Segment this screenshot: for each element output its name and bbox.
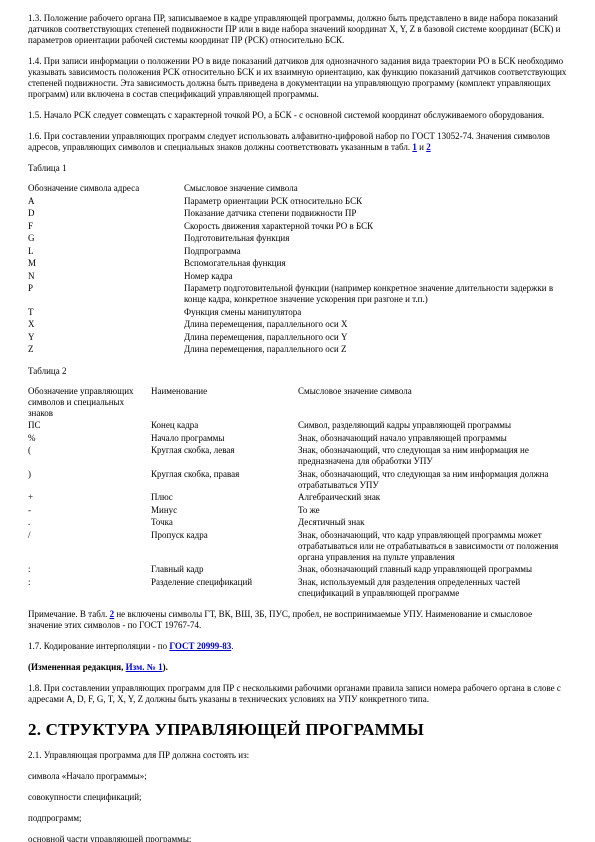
- symbol-meaning: Длина перемещения, параллельного оси Z: [184, 343, 568, 356]
- symbol-meaning: Знак, обозначающий, что следующая за ним…: [298, 444, 568, 468]
- table-row: -МинусТо же: [28, 504, 568, 517]
- symbol-meaning: Номер кадра: [184, 270, 568, 283]
- address-symbol: N: [28, 270, 184, 283]
- table-row: :Главный кадрЗнак, обозначающий главный …: [28, 563, 568, 576]
- paragraph-1-4: 1.4. При записи информации о положении Р…: [28, 56, 568, 100]
- control-symbol: (: [28, 444, 151, 468]
- paragraph-1-3: 1.3. Положение рабочего органа ПР, запис…: [28, 13, 568, 46]
- table-row: /Пропуск кадраЗнак, обозначающий, что ка…: [28, 529, 568, 564]
- list-item-program-start: символа «Начало программы»;: [28, 771, 568, 782]
- table-row: )Круглая скобка, праваяЗнак, обозначающи…: [28, 468, 568, 492]
- symbol-meaning: Параметр ориентации РСК относительно БСК: [184, 195, 568, 208]
- symbol-name: Начало программы: [151, 432, 298, 445]
- symbol-name: Главный кадр: [151, 563, 298, 576]
- paragraph-1-6-conjunction: и: [417, 142, 426, 152]
- symbol-meaning: Функция смены манипулятора: [184, 306, 568, 319]
- table-2-header-cell: Обозначение управляющих символов и специ…: [28, 385, 151, 420]
- address-symbol: D: [28, 207, 184, 220]
- symbol-meaning: Символ, разделяющий кадры управляющей пр…: [298, 419, 568, 432]
- table1-caption: Таблица 1: [28, 163, 568, 174]
- symbol-name: Пропуск кадра: [151, 529, 298, 564]
- table-row: %Начало программыЗнак, обозначающий нача…: [28, 432, 568, 445]
- table-row: YДлина перемещения, параллельного оси Y: [28, 331, 568, 344]
- table-1-header-row: Обозначение символа адреса Смысловое зна…: [28, 182, 568, 195]
- paragraph-1-6: 1.6. При составлении управляющих програм…: [28, 131, 568, 153]
- address-symbol: Y: [28, 331, 184, 344]
- paragraph-1-8: 1.8. При составлении управляющих програм…: [28, 683, 568, 705]
- control-symbol: :: [28, 563, 151, 576]
- table-2: Обозначение управляющих символов и специ…: [28, 385, 568, 600]
- address-symbol: A: [28, 195, 184, 208]
- symbol-meaning: Параметр подготовительной функции (напри…: [184, 282, 568, 306]
- symbol-meaning: Длина перемещения, параллельного оси Y: [184, 331, 568, 344]
- table-row: DПоказание датчика степени подвижности П…: [28, 207, 568, 220]
- control-symbol: +: [28, 491, 151, 504]
- list-item-specifications: совокупности спецификаций;: [28, 792, 568, 803]
- amendment-text-after: ).: [163, 662, 168, 672]
- paragraph-2-1: 2.1. Управляющая программа для ПР должна…: [28, 750, 568, 761]
- table-row: LПодпрограмма: [28, 245, 568, 258]
- note-text-before: Примечание. В табл.: [28, 609, 110, 619]
- paragraph-1-7-period: .: [231, 641, 233, 651]
- symbol-meaning: Показание датчика степени подвижности ПР: [184, 207, 568, 220]
- symbol-meaning: Знак, обозначающий начало управляющей пр…: [298, 432, 568, 445]
- address-symbol: P: [28, 282, 184, 306]
- address-symbol: F: [28, 220, 184, 233]
- address-symbol: X: [28, 318, 184, 331]
- paragraph-1-6-text: 1.6. При составлении управляющих програм…: [28, 131, 550, 152]
- symbol-meaning: Знак, обозначающий, что следующая за ним…: [298, 468, 568, 492]
- symbol-name: Конец кадра: [151, 419, 298, 432]
- paragraph-1-5: 1.5. Начало РСК следует совмещать с хара…: [28, 110, 568, 121]
- table-row: FСкорость движения характерной точки РО …: [28, 220, 568, 233]
- address-symbol: M: [28, 257, 184, 270]
- symbol-meaning: Подготовительная функция: [184, 232, 568, 245]
- table-row: :Разделение спецификацийЗнак, используем…: [28, 576, 568, 600]
- symbol-meaning: То же: [298, 504, 568, 517]
- link-gost-20999-83[interactable]: ГОСТ 20999-83: [169, 641, 231, 651]
- control-symbol: -: [28, 504, 151, 517]
- table-row: GПодготовительная функция: [28, 232, 568, 245]
- symbol-meaning: Знак, обозначающий главный кадр управляю…: [298, 563, 568, 576]
- table-2-header-cell: Смысловое значение символа: [298, 385, 568, 420]
- table-2-header-cell: Наименование: [151, 385, 298, 420]
- symbol-meaning: Скорость движения характерной точки РО в…: [184, 220, 568, 233]
- table-2-header-row: Обозначение управляющих символов и специ…: [28, 385, 568, 420]
- paragraph-1-7: 1.7. Кодирование интерполяции - по ГОСТ …: [28, 641, 568, 652]
- table-row: PПараметр подготовительной функции (напр…: [28, 282, 568, 306]
- amendment-text-before: (Измененная редакция,: [28, 662, 126, 672]
- control-symbol: .: [28, 516, 151, 529]
- address-symbol: G: [28, 232, 184, 245]
- symbol-meaning: Десятичный знак: [298, 516, 568, 529]
- link-table-2[interactable]: 2: [426, 142, 431, 152]
- section-2-heading: 2. СТРУКТУРА УПРАВЛЯЮЩЕЙ ПРОГРАММЫ: [28, 720, 568, 740]
- symbol-name: Разделение спецификаций: [151, 576, 298, 600]
- symbol-meaning: Алгебраический знак: [298, 491, 568, 504]
- symbol-meaning: Подпрограмма: [184, 245, 568, 258]
- table-row: (Круглая скобка, леваяЗнак, обозначающий…: [28, 444, 568, 468]
- amendment-note: (Измененная редакция, Изм. № 1).: [28, 662, 568, 673]
- symbol-name: Минус: [151, 504, 298, 517]
- symbol-name: Круглая скобка, правая: [151, 468, 298, 492]
- table-row: .ТочкаДесятичный знак: [28, 516, 568, 529]
- table2-caption: Таблица 2: [28, 366, 568, 377]
- table-row: ZДлина перемещения, параллельного оси Z: [28, 343, 568, 356]
- symbol-name: Круглая скобка, левая: [151, 444, 298, 468]
- control-symbol: ): [28, 468, 151, 492]
- table-row: +ПлюсАлгебраический знак: [28, 491, 568, 504]
- control-symbol: %: [28, 432, 151, 445]
- table-1: Обозначение символа адреса Смысловое зна…: [28, 182, 568, 356]
- address-symbol: Z: [28, 343, 184, 356]
- control-symbol: :: [28, 576, 151, 600]
- table-row: AПараметр ориентации РСК относительно БС…: [28, 195, 568, 208]
- symbol-name: Точка: [151, 516, 298, 529]
- table-row: NНомер кадра: [28, 270, 568, 283]
- address-symbol: T: [28, 306, 184, 319]
- table-1-header-cell: Смысловое значение символа: [184, 182, 568, 195]
- note-paragraph: Примечание. В табл. 2 не включены символ…: [28, 609, 568, 631]
- symbol-meaning: Вспомогательная функция: [184, 257, 568, 270]
- symbol-name: Плюс: [151, 491, 298, 504]
- control-symbol: ПС: [28, 419, 151, 432]
- control-symbol: /: [28, 529, 151, 564]
- table-1-header-cell: Обозначение символа адреса: [28, 182, 184, 195]
- address-symbol: L: [28, 245, 184, 258]
- table-row: ПСКонец кадраСимвол, разделяющий кадры у…: [28, 419, 568, 432]
- symbol-meaning: Знак, используемый для разделения опреде…: [298, 576, 568, 600]
- symbol-meaning: Длина перемещения, параллельного оси X: [184, 318, 568, 331]
- paragraph-1-7-text: 1.7. Кодирование интерполяции - по: [28, 641, 169, 651]
- symbol-meaning: Знак, обозначающий, что кадр управляющей…: [298, 529, 568, 564]
- table-row: MВспомогательная функция: [28, 257, 568, 270]
- list-item-subprograms: подпрограмм;: [28, 813, 568, 824]
- table-row: XДлина перемещения, параллельного оси X: [28, 318, 568, 331]
- table-row: TФункция смены манипулятора: [28, 306, 568, 319]
- link-izm-1[interactable]: Изм. № 1: [126, 662, 163, 672]
- document-page: 1.3. Положение рабочего органа ПР, запис…: [0, 0, 595, 842]
- list-item-main-part: основной части управляющей программы;: [28, 834, 568, 842]
